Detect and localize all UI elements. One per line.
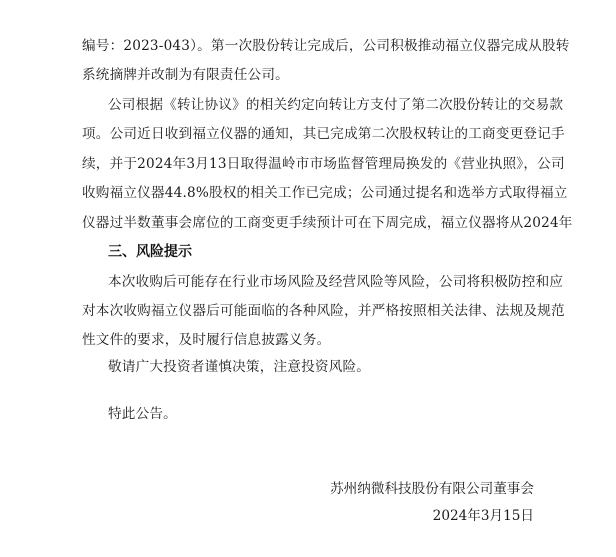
risk-line: 性文件的要求，及时履行信息披露义务。 [82,331,544,349]
paragraph-line: 公司根据《转让协议》的相关约定向转让方支付了第二次股份转让的交易款 [108,96,544,114]
paragraph-line: 编号：2023-043）。第一次股份转让完成后，公司积极推动福立仪器完成从股转 [82,37,544,55]
closing-text: 特此公告。 [108,405,544,423]
announcement-page: 编号：2023-043）。第一次股份转让完成后，公司积极推动福立仪器完成从股转 … [0,0,616,557]
caution-text: 敬请广大投资者谨慎决策，注意投资风险。 [108,358,544,376]
paragraph-line: 项。公司近日收到福立仪器的通知，其已完成第二次股权转让的工商变更登记手 [82,125,544,143]
paragraph-line: 收购福立仪器44.8%股权的相关工作已完成；公司通过提名和选举方式取得福立 [82,184,544,202]
risk-line: 本次收购后可能存在行业市场风险及经营风险等风险，公司将积极防控和应 [108,273,544,291]
signature-company: 苏州纳微科技股份有限公司董事会 [330,480,534,498]
risk-line: 对本次收购福立仪器后可能面临的各种风险，并严格按照相关法律、法规及规范 [82,302,544,320]
paragraph-line: 续，并于2024年3月13日取得温岭市市场监督管理局换发的《营业执照》，公司 [82,155,544,173]
section-heading-risk: 三、风险提示 [108,243,192,261]
paragraph-line: 系统摘牌并改制为有限责任公司。 [82,66,544,84]
signature-date: 2024年3月15日 [433,507,534,525]
paragraph-line: 仪器过半数董事会席位的工商变更手续预计可在下周完成，福立仪器将从2024年 [82,214,544,232]
